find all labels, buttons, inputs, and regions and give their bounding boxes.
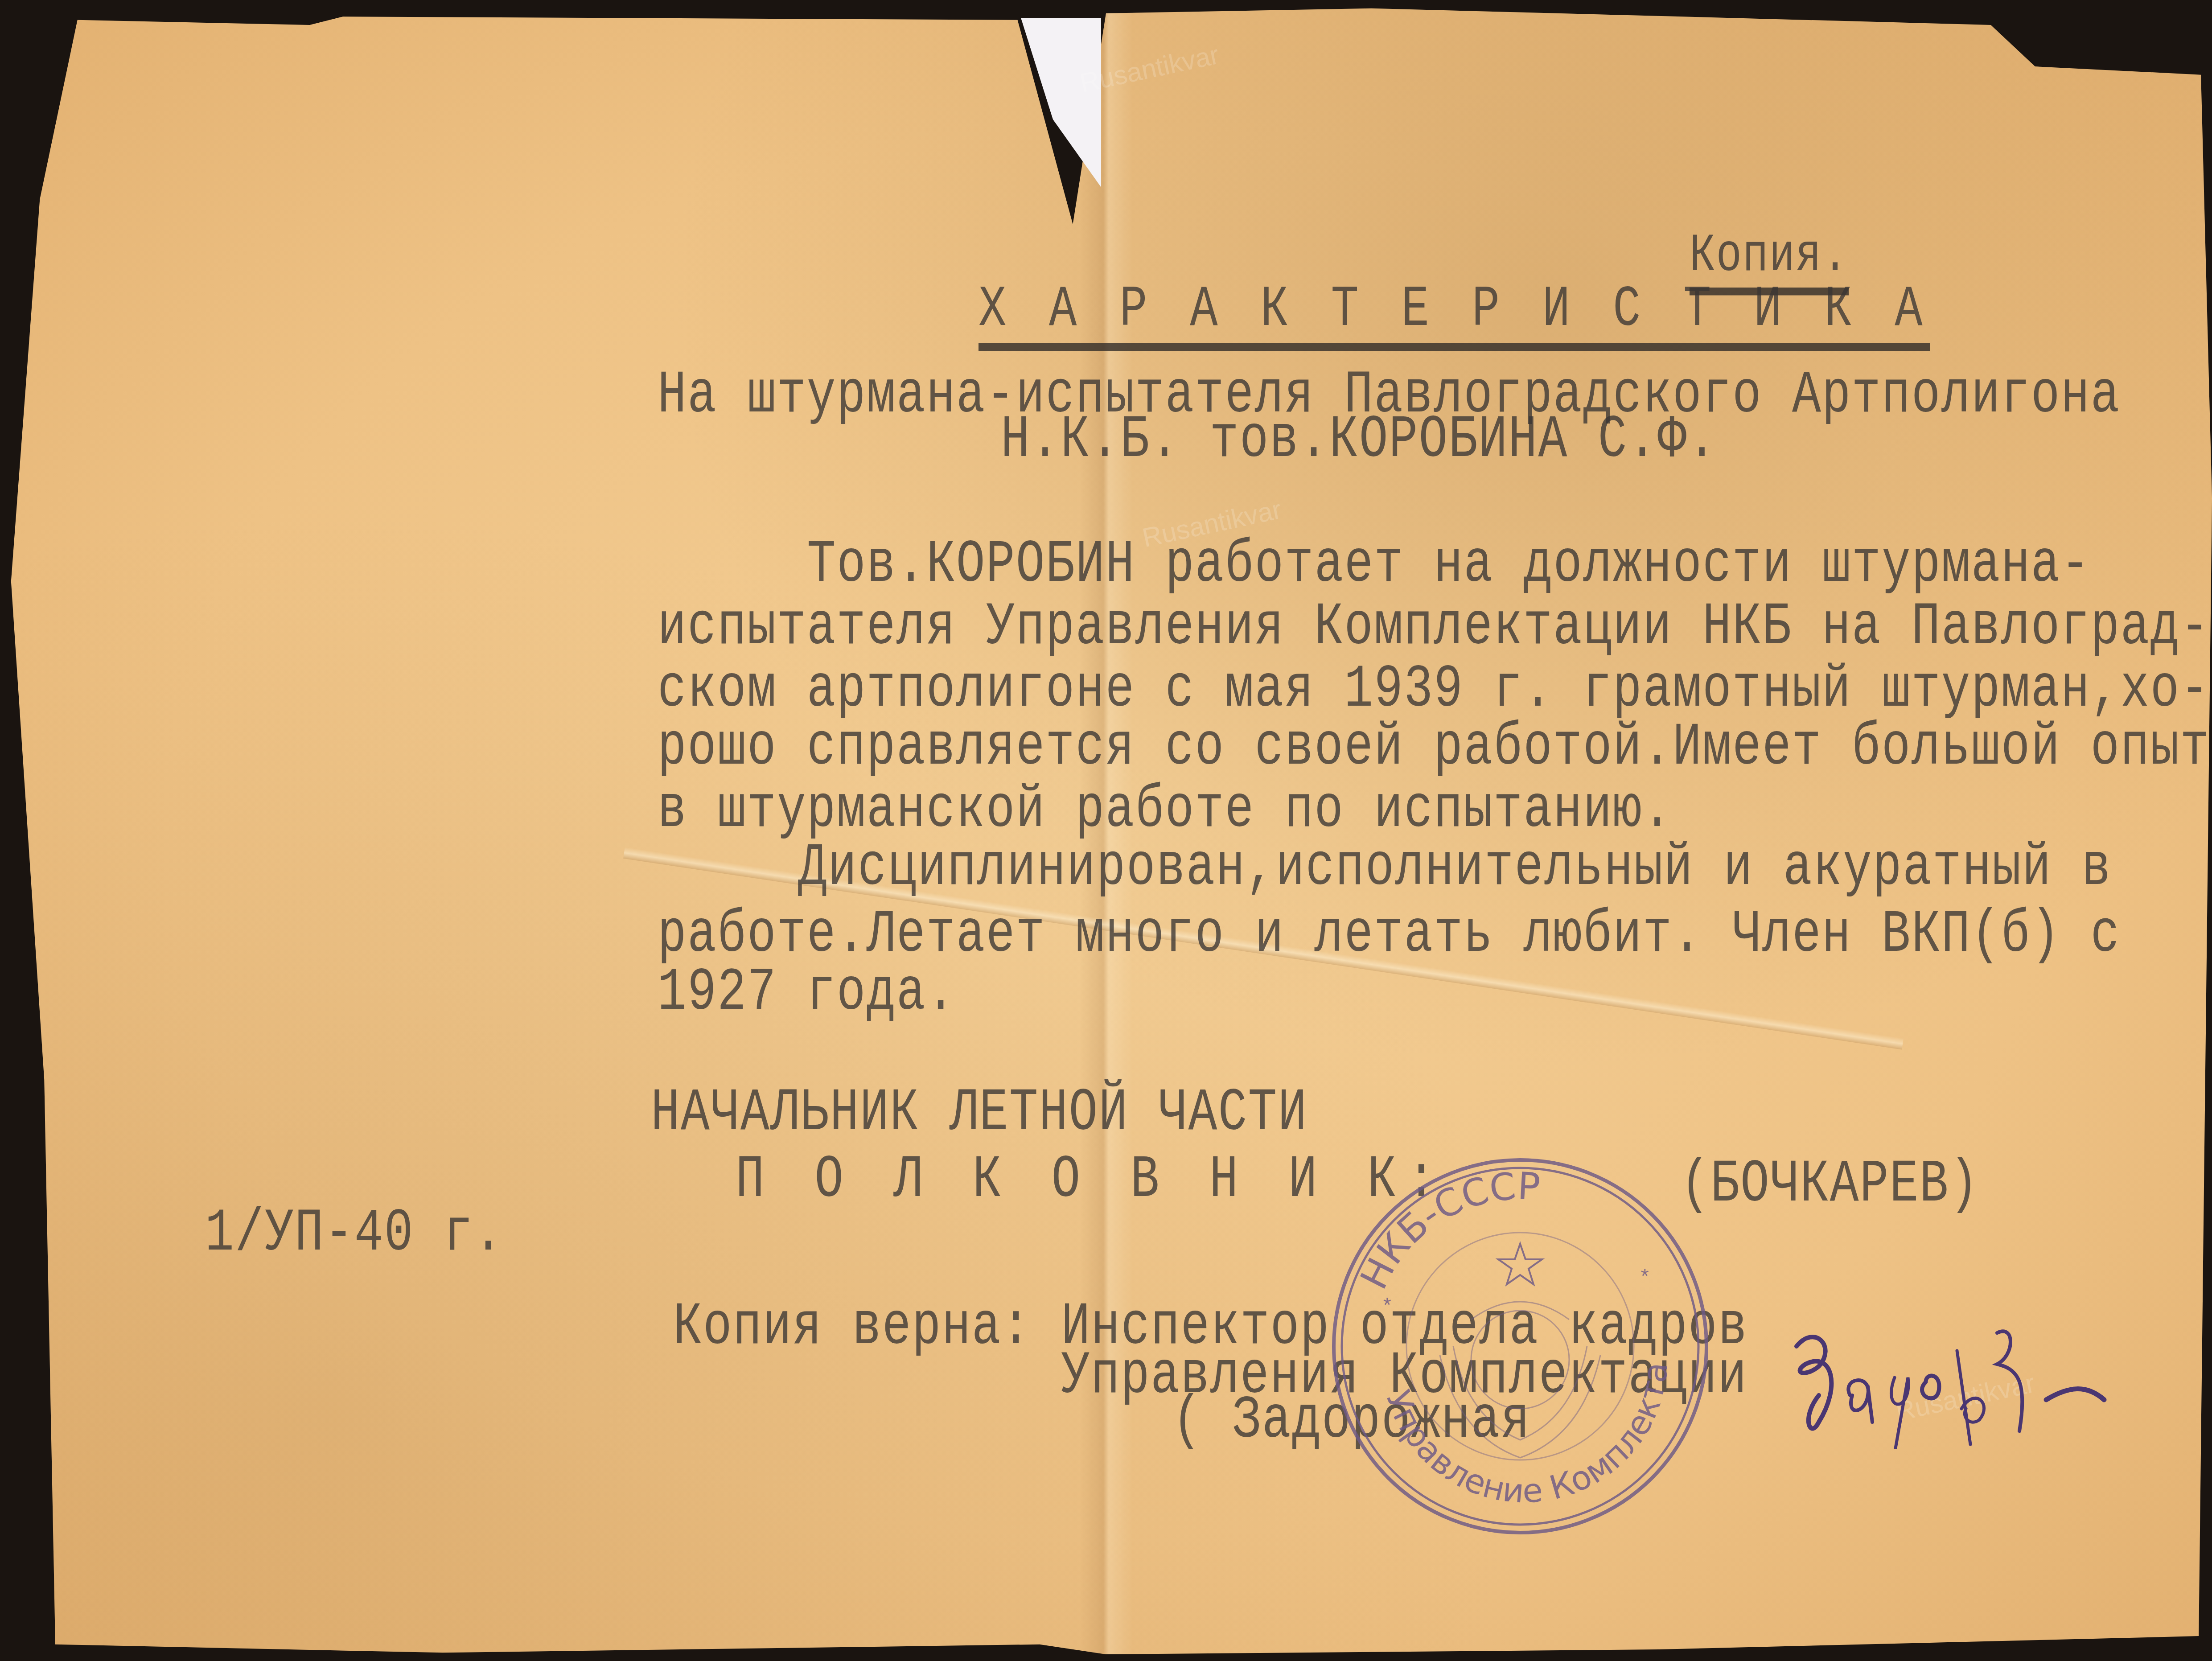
star-icon <box>1498 1244 1542 1284</box>
handwritten-signature <box>1765 1306 2122 1449</box>
body-line: Дисциплинирован,исполнительный и акуратн… <box>798 838 2112 898</box>
subject-line-2: Н.К.Б. тов.КОРОБИНА С.Ф. <box>1001 410 1717 470</box>
body-line: ском артполигоне с мая 1939 г. грамотный… <box>658 660 2210 720</box>
signatory-title: НАЧАЛЬНИК ЛЕТНОЙ ЧАСТИ <box>651 1083 1307 1143</box>
signatory-name: (БОЧКАРЕВ) <box>1681 1155 1979 1215</box>
emblem-icon <box>1440 1302 1600 1458</box>
body-line: работе.Летает много и летать любит. Член… <box>658 905 2121 965</box>
document-date: 1/УП-40 г. <box>205 1204 504 1264</box>
body-line: испытателя Управления Комплектации НКБ н… <box>658 597 2210 658</box>
document-title: Х А Р А К Т Е Р И С Т И К А <box>979 281 1930 351</box>
official-stamp: НКБ-СССР Управление Комплектации * * <box>1324 1150 1716 1542</box>
body-line: рошо справляется со своей работой.Имеет … <box>658 718 2210 778</box>
body-line: Тов.КОРОБИН работает на должности штурма… <box>807 535 2091 595</box>
stamp-asterisk-left: * <box>1381 1296 1394 1319</box>
body-line: 1927 года. <box>658 963 956 1023</box>
stamp-asterisk-right: * <box>1639 1267 1651 1290</box>
stamp-top-text: НКБ-СССР <box>1352 1164 1541 1296</box>
body-line: в штурманской работе по испытанию. <box>658 780 1673 840</box>
